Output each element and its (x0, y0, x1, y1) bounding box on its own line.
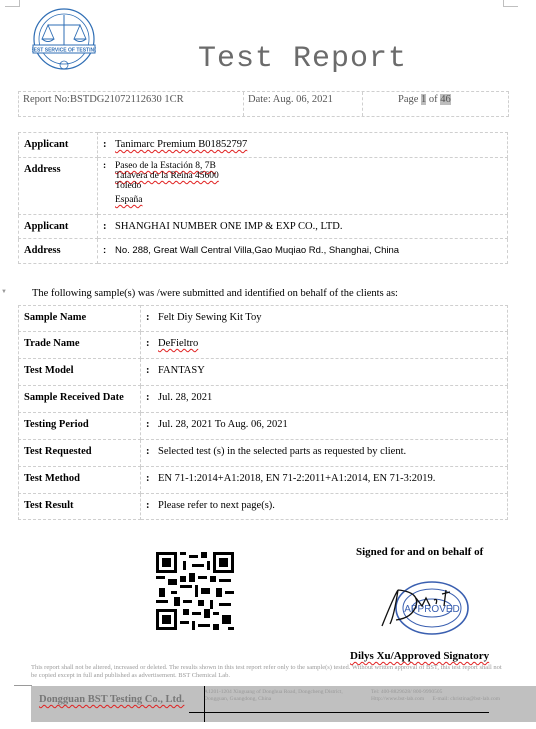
row-label: Test Result (19, 494, 141, 520)
collapse-marker-icon: ▼ (1, 289, 7, 295)
row-value: :Felt Diy Sewing Kit Toy (141, 306, 508, 332)
sample-table: Sample Name:Felt Diy Sewing Kit Toy Trad… (18, 305, 508, 520)
row-label: Sample Name (19, 306, 141, 332)
table-row: Sample Name:Felt Diy Sewing Kit Toy (19, 306, 508, 332)
row-value: :Jul. 28, 2021 To Aug. 06, 2021 (141, 413, 508, 440)
table-row: Test Result:Please refer to next page(s)… (19, 494, 508, 520)
page-indicator: Page 1 of 46 (363, 92, 508, 116)
footer-divider (14, 685, 32, 686)
table-row: Applicant :SHANGHAI NUMBER ONE IMP & EXP… (19, 215, 508, 239)
footer-company: Dongguan BST Testing Co., Ltd. (39, 694, 184, 705)
table-row: Testing Period:Jul. 28, 2021 To Aug. 06,… (19, 413, 508, 440)
footer-email-link[interactable]: E-mail: christina@bst-lab.com (432, 696, 500, 702)
row-value: :SHANGHAI NUMBER ONE IMP & EXP CO., LTD. (98, 215, 508, 239)
row-label: Address (19, 158, 98, 215)
bst-logo-icon: BEST SERVICE OF TESTING (32, 5, 96, 77)
report-header-table: Report No:BSTDG21072112630 1CR Date: Aug… (18, 91, 509, 117)
page-footer: Dongguan BST Testing Co., Ltd. A1201-120… (31, 686, 536, 722)
row-value: :Tanimarc Premium B01852797 (98, 133, 508, 158)
row-label: Sample Received Date (19, 386, 141, 413)
row-label: Test Model (19, 359, 141, 386)
signed-for-text: Signed for and on behalf of (356, 546, 483, 558)
intro-text: The following sample(s) was /were submit… (32, 288, 398, 299)
row-value: :No. 288, Great Wall Central Villa,Gao M… (98, 239, 508, 264)
footer-website-link[interactable]: Http://www.bst-lab.com (371, 696, 424, 702)
row-value: :DeFieltro (141, 332, 508, 359)
row-label: Testing Period (19, 413, 141, 440)
table-row: Address :No. 288, Great Wall Central Vil… (19, 239, 508, 264)
table-row: Test Method:EN 71-1:2014+A1:2018, EN 71-… (19, 467, 508, 494)
svg-text:BEST SERVICE OF TESTING: BEST SERVICE OF TESTING (32, 48, 96, 54)
row-label: Applicant (19, 133, 98, 158)
table-row: Trade Name:DeFieltro (19, 332, 508, 359)
cursor-crosshair-vertical (204, 686, 205, 722)
row-value: :Please refer to next page(s). (141, 494, 508, 520)
row-label: Applicant (19, 215, 98, 239)
page-corner-mark (5, 0, 20, 7)
cursor-crosshair-horizontal (189, 712, 489, 713)
svg-text:APPROVED: APPROVED (404, 604, 460, 615)
row-label: Trade Name (19, 332, 141, 359)
report-date: Date: Aug. 06, 2021 (244, 92, 363, 116)
row-label: Test Method (19, 467, 141, 494)
table-row: Sample Received Date:Jul. 28, 2021 (19, 386, 508, 413)
table-row: Test Model:FANTASY (19, 359, 508, 386)
page-total: 46 (440, 94, 451, 105)
table-row: Applicant :Tanimarc Premium B01852797 (19, 133, 508, 158)
signatory-name: Dilys Xu/Approved Signatory (350, 650, 489, 662)
row-value: :Paseo de la Estación 8, 7B Talavera de … (98, 158, 508, 215)
row-value: :EN 71-1:2014+A1:2018, EN 71-2:2011+A1:2… (141, 467, 508, 494)
table-row: Test Requested:Selected test (s) in the … (19, 440, 508, 467)
report-number: Report No:BSTDG21072112630 1CR (19, 92, 244, 116)
page-corner-mark (503, 0, 518, 7)
page-title: Test Report (198, 42, 407, 76)
row-value: :Jul. 28, 2021 (141, 386, 508, 413)
row-label: Test Requested (19, 440, 141, 467)
parties-table: Applicant :Tanimarc Premium B01852797 Ad… (18, 132, 508, 264)
table-row: Address :Paseo de la Estación 8, 7B Tala… (19, 158, 508, 215)
footer-contact: Tel: 400-8829628/ 800-9990505Http://www.… (371, 689, 500, 703)
row-label: Address (19, 239, 98, 264)
row-value: :FANTASY (141, 359, 508, 386)
disclaimer-text: This report shall not be altered, increa… (31, 664, 506, 680)
row-value: :Selected test (s) in the selected parts… (141, 440, 508, 467)
footer-address: A1201-1204 Xinguang of Donghua Road, Don… (204, 689, 343, 703)
approved-stamp-icon: APPROVED (372, 576, 472, 636)
qr-code-icon (156, 551, 234, 631)
